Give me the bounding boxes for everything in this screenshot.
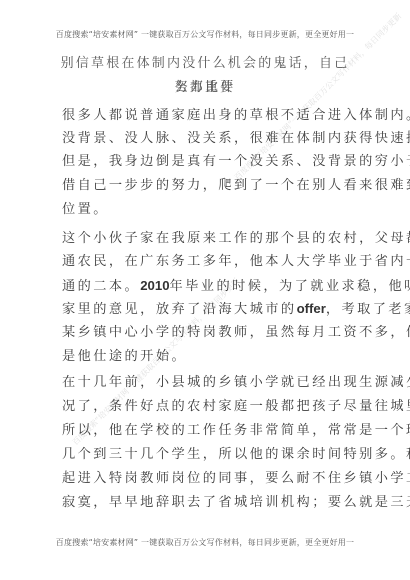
body-line: 几个到三十几个学生，所以他的课余时间特别多。和他一 [62, 445, 352, 465]
body-line: 某乡镇中心小学的特岗教师，虽然每月工资不多，但这却 [62, 323, 352, 343]
body-line: 是他仕途的开始。 [62, 347, 352, 367]
year-text: 2010 [140, 278, 169, 293]
body-line: 在十几年前，小县城的乡镇小学就已经出现生源减少的情 [62, 373, 352, 393]
body-line: 这个小伙子家在我原来工作的那个县的农村，父母都是普 [62, 229, 352, 249]
body-line: 况了，条件好点的农村家庭一般都把孩子尽量往城里送。 [62, 397, 352, 417]
body-line: 很多人都说普通家庭出身的草根不适合进入体制内。因为 [62, 106, 352, 126]
body-line: 借自己一步步的努力，爬到了一个在别人看来很难到达的 [62, 176, 352, 196]
body-line: 寂寞，早早地辞职去了省城培训机构；要么就是三天打鱼 [62, 493, 352, 513]
body-text: ，考取了老家县城 [326, 302, 410, 317]
page-footer: 百度搜索“培安素材网” 一键获取百万公文写作材料，每日同步更新，更全更好用一 [0, 537, 410, 548]
document-title-line-2: 么都重要 [58, 76, 352, 100]
body-line: 起进入特岗教师岗位的同事，要么耐不住乡镇小学工作的 [62, 469, 352, 489]
body-line: 家里的意见，放弃了沿海大城市的offer，考取了老家县城 [62, 299, 352, 320]
body-text: 家里的意见，放弃了沿海大城市的 [62, 302, 297, 317]
body-line: 所以，他在学校的工作任务非常简单，常常是一个班就十 [62, 421, 352, 441]
body-text: 年毕业的时候，为了就业求稳，他听从了 [170, 279, 410, 294]
body-text: 通的二本。 [62, 279, 140, 294]
body-line: 通农民，在广东务工多年，他本人大学毕业于省内一个普 [62, 252, 352, 272]
body-line: 位置。 [62, 200, 352, 220]
body-line: 通的二本。2010年毕业的时候，为了就业求稳，他听从了 [62, 276, 352, 297]
page-header: 百度搜索“培安素材网” 一键获取百万公文写作材料，每日同步更新，更全更好用一 [0, 29, 410, 40]
body-line: 没背景、没人脉、没关系，很难在体制内获得快速提升。 [62, 129, 352, 149]
body-line: 但是，我身边倒是真有一个没关系、没背景的穷小子，凭 [62, 152, 352, 172]
offer-text: offer [297, 301, 326, 316]
